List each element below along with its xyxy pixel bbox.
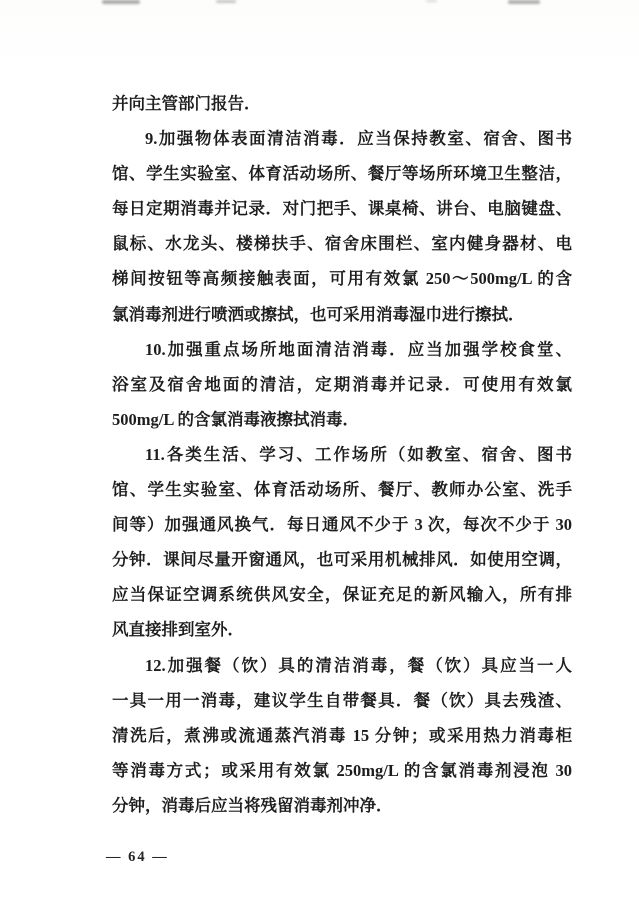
text-line: 鼠标、水龙头、楼梯扶手、宿舍床围栏、室内健身器材、电 xyxy=(112,226,572,261)
text-line: 10.加强重点场所地面清洁消毒．应当加强学校食堂、 xyxy=(112,332,572,367)
body-text: 并向主管部门报告．9.加强物体表面清洁消毒．应当保持教室、宿舍、图书馆、学生实验… xyxy=(112,86,572,823)
text-line: 清洗后，煮沸或流通蒸汽消毒 15 分钟；或采用热力消毒柜 xyxy=(112,718,572,753)
document-page: 并向主管部门报告．9.加强物体表面清洁消毒．应当保持教室、宿舍、图书馆、学生实验… xyxy=(0,0,639,908)
text-line: 等消毒方式；或采用有效氯 250mg/L 的含氯消毒剂浸泡 30 xyxy=(112,753,572,788)
scan-smudge-artifact xyxy=(216,0,236,3)
text-line: 应当保证空调系统供风安全，保证充足的新风输入，所有排 xyxy=(112,577,572,612)
text-line: 并向主管部门报告． xyxy=(112,86,572,121)
text-line: 12.加强餐（饮）具的清洁消毒，餐（饮）具应当一人 xyxy=(112,648,572,683)
page-number: — 64 — xyxy=(106,849,169,866)
text-line: 馆、学生实验室、体育活动场所、餐厅、教师办公室、洗手 xyxy=(112,472,572,507)
text-line: 一具一用一消毒，建议学生自带餐具．餐（饮）具去残渣、 xyxy=(112,683,572,718)
scan-smudge-artifact xyxy=(426,0,437,2)
text-line: 梯间按钮等高频接触表面，可用有效氯 250～500mg/L 的含 xyxy=(112,261,572,296)
text-line: 500mg/L 的含氯消毒液擦拭消毒． xyxy=(112,402,572,437)
text-line: 浴室及宿舍地面的清洁，定期消毒并记录．可使用有效氯 xyxy=(112,367,572,402)
text-line: 馆、学生实验室、体育活动场所、餐厅等场所环境卫生整洁， xyxy=(112,156,572,191)
scan-smudge-artifact xyxy=(102,0,140,4)
text-line: 风直接排到室外． xyxy=(112,612,572,647)
text-line: 间等）加强通风换气．每日通风不少于 3 次，每次不少于 30 xyxy=(112,507,572,542)
text-line: 分钟，消毒后应当将残留消毒剂冲净． xyxy=(112,788,572,823)
scan-smudge-artifact xyxy=(508,0,540,4)
text-line: 9.加强物体表面清洁消毒．应当保持教室、宿舍、图书 xyxy=(112,121,572,156)
text-line: 每日定期消毒并记录．对门把手、课桌椅、讲台、电脑键盘、 xyxy=(112,191,572,226)
text-line: 氯消毒剂进行喷洒或擦拭，也可采用消毒湿巾进行擦拭． xyxy=(112,297,572,332)
text-line: 11.各类生活、学习、工作场所（如教室、宿舍、图书 xyxy=(112,437,572,472)
text-line: 分钟．课间尽量开窗通风，也可采用机械排风．如使用空调， xyxy=(112,542,572,577)
